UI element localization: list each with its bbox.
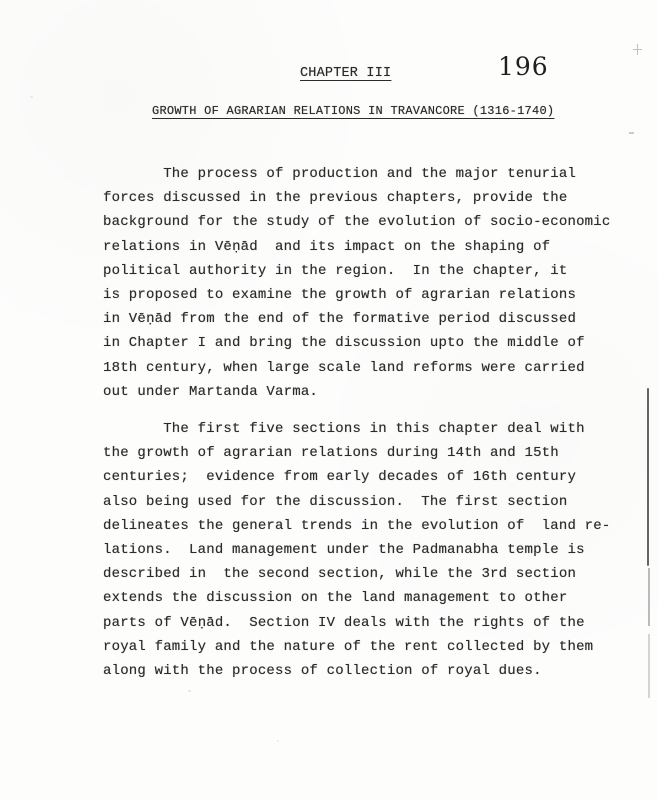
scan-artifact-speck [30, 96, 33, 98]
scan-artifact-dash [629, 132, 634, 134]
scan-artifact-vertical-line-faint [648, 568, 650, 626]
scan-artifact-cross-mark [633, 44, 642, 55]
chapter-heading: CHAPTER III [300, 66, 391, 81]
paragraph-2: The first five sections in this chapter … [103, 417, 610, 683]
scanned-document-page: CHAPTER III 196 GROWTH OF AGRARIAN RELAT… [0, 0, 658, 800]
chapter-title: GROWTH OF AGRARIAN RELATIONS IN TRAVANCO… [152, 104, 554, 118]
page-number: 196 [498, 52, 549, 81]
scan-artifact-vertical-line-fainter [648, 634, 650, 698]
scan-artifact-speck [107, 642, 109, 644]
scan-artifact-speck [188, 690, 191, 692]
paragraph-1: The process of production and the major … [103, 162, 610, 404]
scan-artifact-vertical-line [647, 388, 649, 566]
scan-artifact-speck [277, 740, 279, 742]
